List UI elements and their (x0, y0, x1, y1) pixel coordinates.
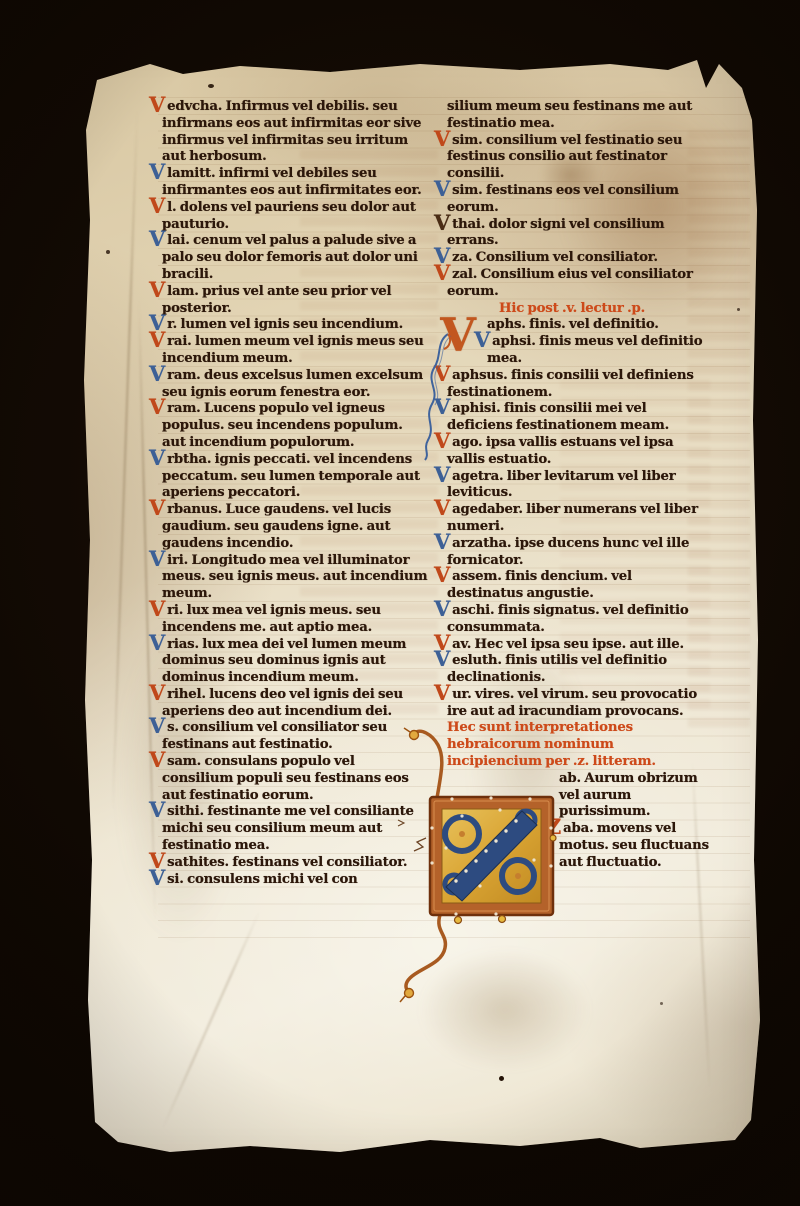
entry-text: Hic post .v. lectur .p. (499, 301, 645, 316)
versal-initial: V (434, 596, 452, 621)
glossary-entry: Vrias. lux mea dei vel lumen meum dominu… (162, 637, 428, 687)
versal-initial: V (149, 596, 167, 621)
entry-text: aphs. finis. vel definitio. (487, 317, 659, 332)
entry-text: rbanus. Luce gaudens. vel lucis gaudium.… (162, 502, 391, 551)
entry-text: sim. festinans eos vel consilium eorum. (447, 183, 679, 215)
entry-text: za. Consilium vel consiliator. (452, 250, 658, 265)
entry-text: rias. lux mea dei vel lumen meum dominus… (162, 637, 406, 686)
glossary-entry: Vram. deus excelsus lumen excelsum seu i… (162, 368, 428, 402)
entry-text: aschi. finis signatus. vel definitio con… (447, 603, 689, 635)
entry-text: arzatha. ipse ducens hunc vel ille forni… (447, 536, 689, 568)
versal-initial: V (149, 394, 167, 419)
entry-text: edvcha. Infirmus vel debilis. seu infirm… (162, 99, 421, 164)
entry-text: sim. consilium vel festinatio seu festin… (447, 133, 682, 182)
versal-initial: V (149, 193, 167, 218)
versal-initial: V (434, 462, 452, 487)
entry-text: rihel. lucens deo vel ignis dei seu aper… (162, 687, 403, 719)
entry-text: rai. lumen meum vel ignis meus seu incen… (162, 334, 424, 366)
entry-text: si. consulens michi vel con (167, 872, 358, 887)
glossary-entry: Vaphisi. finis consilii mei vel deficien… (447, 401, 710, 435)
entry-text: iri. Longitudo mea vel illuminator meus.… (162, 553, 427, 602)
entry-text: esluth. finis utilis vel definitio decli… (447, 653, 667, 685)
entry-text: thai. dolor signi vel consilium errans. (447, 217, 664, 249)
glossary-entry: Vav. Hec vel ipsa seu ipse. aut ille. (447, 637, 710, 654)
versal-initial: V (474, 327, 492, 352)
versal-initial: V (149, 713, 167, 738)
entry-text: aba. movens vel motus. seu fluctuans aut… (559, 821, 709, 870)
left-text-column: Vedvcha. Infirmus vel debilis. seu infir… (162, 99, 428, 888)
versal-initial: V (149, 361, 167, 386)
entry-text: aphsus. finis consilii vel definiens fes… (447, 368, 694, 400)
entry-text: silium meum seu festinans me aut festina… (447, 99, 692, 131)
versal-initial: V (149, 747, 167, 772)
versal-initial: V (434, 646, 452, 671)
entry-text: assem. finis dencium. vel destinatus ang… (447, 569, 632, 601)
pen-flourish-initial-V (420, 330, 456, 464)
versal-initial: V (149, 546, 167, 571)
versal-initial: V (149, 865, 167, 890)
entry-text: l. dolens vel pauriens seu dolor aut pau… (162, 200, 416, 232)
entry-text: agetra. liber levitarum vel liber leviti… (447, 469, 676, 501)
versal-initial: V (434, 562, 452, 587)
glossary-entry: Vza. Consilium vel consiliator. (447, 250, 710, 267)
versal-initial: V (434, 260, 452, 285)
glossary-entry: Vaphsi. finis meus vel definitio mea. (447, 334, 710, 368)
glossary-entry: Vagetra. liber levitarum vel liber levit… (447, 469, 710, 503)
versal-initial: V (149, 92, 167, 117)
versal-initial: V (149, 327, 167, 352)
glossary-entry: Vassem. finis dencium. vel destinatus an… (447, 569, 710, 603)
ink-speck (737, 308, 740, 311)
fold-crease (112, 110, 138, 810)
glossary-entry: Vagedaber. liber numerans vel liber nume… (447, 502, 710, 536)
glossary-entry: Vlam. prius vel ante seu prior vel poste… (162, 284, 428, 318)
glossary-entry: Vrbanus. Luce gaudens. vel lucis gaudium… (162, 502, 428, 552)
versal-initial: V (149, 797, 167, 822)
entry-text: lam. prius vel ante seu prior vel poster… (162, 284, 391, 316)
entry-text: rbtha. ignis peccati. vel incendens pecc… (162, 452, 420, 501)
entry-text: ago. ipsa vallis estuans vel ipsa vallis… (447, 435, 673, 467)
versal-initial: V (149, 277, 167, 302)
versal-initial: V (149, 495, 167, 520)
illuminated-initial-Z (396, 688, 566, 1010)
entry-text: ram. Lucens populo vel igneus populus. s… (162, 401, 403, 450)
ink-speck (208, 84, 214, 88)
glossary-entry: Vsam. consulans populo vel consilium pop… (162, 754, 428, 804)
manuscript-photo: Vedvcha. Infirmus vel debilis. seu infir… (0, 0, 800, 1206)
ink-speck (660, 1002, 663, 1005)
glossary-entry: Vrai. lumen meum vel ignis meus seu ince… (162, 334, 428, 368)
glossary-entry: Hic post .v. lectur .p. (447, 301, 710, 318)
versal-initial: V (149, 226, 167, 251)
glossary-entry: Vsithi. festinante me vel consiliante mi… (162, 804, 428, 854)
versal-initial: V (149, 630, 167, 655)
fold-crease (161, 910, 260, 1130)
versal-initial: V (149, 680, 167, 705)
glossary-entry: Vsim. consilium vel festinatio seu festi… (447, 133, 710, 183)
entry-text: zal. Consilium eius vel consiliator eoru… (447, 267, 693, 299)
glossary-entry: Vr. lumen vel ignis seu incendium. (162, 317, 428, 334)
versal-initial: V (434, 210, 452, 235)
glossary-entry: Vs. consilium vel consiliator seu festin… (162, 720, 428, 754)
glossary-entry: Vlai. cenum vel palus a palude sive a pa… (162, 233, 428, 283)
entry-text: ab. Aurum obrizum vel aurum purissimum. (559, 771, 698, 820)
ink-speck (106, 250, 110, 254)
glossary-entry: Vram. Lucens populo vel igneus populus. … (162, 401, 428, 451)
glossary-entry: Vthai. dolor signi vel consilium errans. (447, 217, 710, 251)
glossary-entry: Vaphsus. finis consilii vel definiens fe… (447, 368, 710, 402)
entry-text: ri. lux mea vel ignis meus. seu incenden… (162, 603, 381, 635)
glossary-entry: Vzal. Consilium eius vel consiliator eor… (447, 267, 710, 301)
entry-text: lai. cenum vel palus a palude sive a pal… (162, 233, 418, 282)
entry-text: sam. consulans populo vel consilium popu… (162, 754, 409, 803)
ink-speck (499, 1076, 504, 1081)
glossary-entry: Vri. lux mea vel ignis meus. seu incende… (162, 603, 428, 637)
entry-text: ram. deus excelsus lumen excelsum seu ig… (162, 368, 423, 400)
glossary-entry: Vsim. festinans eos vel consilium eorum. (447, 183, 710, 217)
entry-text: aphisi. finis consilii mei vel deficiens… (447, 401, 669, 433)
glossary-entry: Vrbtha. ignis peccati. vel incendens pec… (162, 452, 428, 502)
glossary-entry: Vedvcha. Infirmus vel debilis. seu infir… (162, 99, 428, 166)
versal-initial: V (434, 495, 452, 520)
glossary-entry: silium meum seu festinans me aut festina… (447, 99, 710, 133)
entry-text: aphsi. finis meus vel definitio mea. (487, 334, 702, 366)
glossary-entry: Vsi. consulens michi vel con (162, 872, 428, 889)
entry-text: sathites. festinans vel consiliator. (167, 855, 407, 870)
versal-initial: V (149, 445, 167, 470)
versal-initial: V (434, 176, 452, 201)
glossary-entry: Vsathites. festinans vel consiliator. (162, 855, 428, 872)
entry-text: r. lumen vel ignis seu incendium. (167, 317, 403, 332)
entry-text: s. consilium vel consiliator seu festina… (162, 720, 387, 752)
entry-text: agedaber. liber numerans vel liber numer… (447, 502, 698, 534)
entry-text: sithi. festinante me vel consiliante mic… (162, 804, 414, 853)
glossary-entry: Vlamitt. infirmi vel debiles seu infirma… (162, 166, 428, 200)
versal-initial: V (434, 126, 452, 151)
glossary-entry: Vrihel. lucens deo vel ignis dei seu ape… (162, 687, 428, 721)
entry-text: av. Hec vel ipsa seu ipse. aut ille. (452, 637, 684, 652)
entry-text: lamitt. infirmi vel debiles seu infirman… (162, 166, 422, 198)
glossary-entry: Varzatha. ipse ducens hunc vel ille forn… (447, 536, 710, 570)
glossary-entry: Vl. dolens vel pauriens seu dolor aut pa… (162, 200, 428, 234)
versal-initial: V (434, 529, 452, 554)
glossary-entry: Viri. Longitudo mea vel illuminator meus… (162, 553, 428, 603)
glossary-entry: Vago. ipsa vallis estuans vel ipsa valli… (447, 435, 710, 469)
versal-initial: V (149, 159, 167, 184)
glossary-entry: Vesluth. finis utilis vel definitio decl… (447, 653, 710, 687)
glossary-entry: Vaschi. finis signatus. vel definitio co… (447, 603, 710, 637)
